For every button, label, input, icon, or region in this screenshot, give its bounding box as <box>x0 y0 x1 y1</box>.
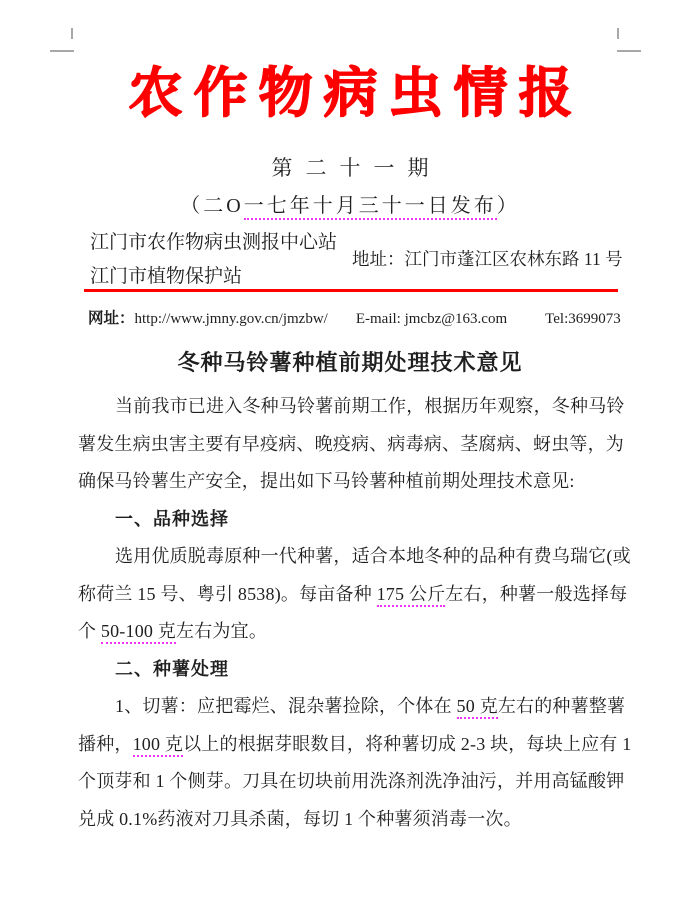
publisher-address: 地址：江门市蓬江区农林东路 11 号 <box>352 246 623 271</box>
contact-email: E-mail: jmcbz@163.com <box>356 311 507 327</box>
spellcheck-underline: 一七年十月三十一日发布 <box>244 195 497 220</box>
paragraph-text: 称荷兰 15 号、粤引 8538)。每亩备种 <box>78 584 377 604</box>
publisher-org-secondary: 江门市植物保护站 <box>90 261 242 288</box>
spellcheck-underline: 50 克 <box>457 696 498 719</box>
issue-number: 第二十一期 <box>0 152 700 182</box>
spellcheck-underline: 175 公斤 <box>377 584 446 607</box>
publish-date: （二O一七年十月三十一日发布） <box>0 189 700 218</box>
masthead-divider-rule <box>84 289 618 292</box>
section-heading-1: 一、品种选择 <box>78 501 623 539</box>
paragraph-line: 1、切薯：应把霉烂、混杂薯捡除，个体在 50 克左右的种薯整薯 <box>78 688 623 726</box>
paragraph-line: 确保马铃薯生产安全，提出如下马铃薯种植前期处理技术意见: <box>78 463 623 501</box>
paragraph-text: 个 <box>78 621 101 641</box>
paragraph-line: 兑成 0.1%药液对刀具杀菌，每切 1 个种薯须消毒一次。 <box>78 801 623 839</box>
paragraph-line: 称荷兰 15 号、粤引 8538)。每亩备种 175 公斤左右，种薯一般选择每 <box>78 576 623 614</box>
paragraph-text: 左右为宜。 <box>176 621 267 641</box>
paragraph-line: 当前我市已进入冬种马铃薯前期工作，根据历年观察，冬种马铃 <box>78 388 623 426</box>
paragraph-line: 个顶芽和 1 个侧芽。刀具在切块前用洗涤剂洗净油污，并用高锰酸钾 <box>78 763 623 801</box>
article-title: 冬种马铃薯种植前期处理技术意见 <box>0 346 700 377</box>
document-page: 农作物病虫情报 第二十一期 （二O一七年十月三十一日发布） 江门市农作物病虫测报… <box>0 0 700 917</box>
paragraph-line: 个 50-100 克左右为宜。 <box>78 613 623 651</box>
paragraph-text: 播种， <box>78 734 133 754</box>
paragraph-text: 左右，种薯一般选择每 <box>445 584 627 604</box>
crop-mark-left-vertical <box>71 28 73 39</box>
contact-line: 网址：http://www.jmny.gov.cn/jmzbw/E-mail: … <box>88 306 621 328</box>
section-heading-2: 二、种薯处理 <box>78 651 623 689</box>
paragraph-text: 以上的根据芽眼数目，将种薯切成 2-3 块，每块上应有 1 <box>183 734 631 754</box>
paragraph-line: 选用优质脱毒原种一代种薯，适合本地冬种的品种有费乌瑞它(或 <box>78 538 623 576</box>
website-label: 网址： <box>88 310 135 327</box>
masthead-title: 农作物病虫情报 <box>0 50 700 127</box>
publisher-org-primary: 江门市农作物病虫测报中心站 <box>90 227 337 254</box>
paragraph-line: 薯发生病虫害主要有早疫病、晚疫病、病毒病、茎腐病、蚜虫等，为 <box>78 426 623 464</box>
paragraph-line: 播种，100 克以上的根据芽眼数目，将种薯切成 2-3 块，每块上应有 1 <box>78 726 623 764</box>
paragraph-text: 左右的种薯整薯 <box>498 696 625 716</box>
spellcheck-underline: 100 克 <box>133 734 184 757</box>
paragraph-text: 1、切薯：应把霉烂、混杂薯捡除，个体在 <box>115 696 457 716</box>
publish-date-close: ） <box>497 195 520 217</box>
website-url: http://www.jmny.gov.cn/jmzbw/ <box>135 311 328 327</box>
article-body: 当前我市已进入冬种马铃薯前期工作，根据历年观察，冬种马铃 薯发生病虫害主要有早疫… <box>78 388 623 838</box>
contact-tel: Tel:3699073 <box>545 311 621 327</box>
crop-mark-right-vertical <box>617 28 619 39</box>
spellcheck-underline: 50-100 克 <box>101 621 176 644</box>
publish-date-open: （二O <box>180 195 243 217</box>
